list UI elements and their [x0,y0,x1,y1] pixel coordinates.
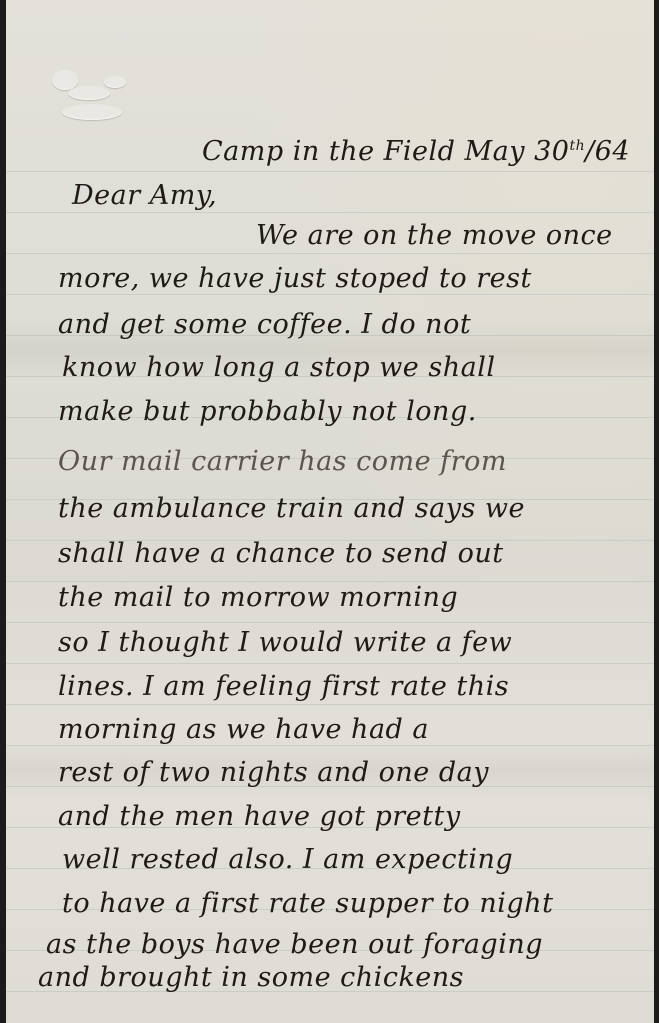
ruled-line [6,253,654,254]
letter-line: know how long a stop we shall [62,352,495,383]
ruled-line [6,171,654,172]
letter-line: and the men have got pretty [58,801,461,832]
letter-line: shall have a chance to send out [58,538,504,569]
heading-date: May 30 [465,136,570,167]
letter-line: as the boys have been out foraging [46,929,543,960]
letter-line: rest of two nights and one day [58,757,489,788]
heading-place: Camp in the Field [202,136,455,167]
letter-line: so I thought I would write a few [58,627,512,658]
ruled-line [6,622,654,623]
letter-line: Our mail carrier has come from [58,446,507,477]
letter-line: and get some coffee. I do not [58,309,471,340]
letter-line: the ambulance train and says we [58,493,525,524]
salutation: Dear Amy, [72,180,217,211]
letter-heading: Camp in the Field May 30th/64 [202,136,630,167]
letter-line: the mail to morrow morning [58,582,458,613]
letter-line: well rested also. I am expecting [62,844,513,875]
ruled-line [6,212,654,213]
ruled-line [6,704,654,705]
letter-line: more, we have just stoped to rest [58,263,532,294]
ruled-line [6,294,654,295]
ruled-line [6,663,654,664]
heading-year: /64 [585,136,630,167]
letter-page: Camp in the Field May 30th/64 Dear Amy, … [6,0,654,1023]
letter-line: make but probbably not long. [58,396,477,427]
letter-line: and brought in some chickens [38,962,464,993]
letter-line: lines. I am feeling first rate this [58,671,509,702]
letter-line: morning as we have had a [58,714,429,745]
letter-line: We are on the move once [256,220,613,251]
embossed-stamp-icon [46,60,136,130]
heading-date-suffix: th [569,138,585,154]
letter-line: to have a first rate supper to night [62,888,553,919]
